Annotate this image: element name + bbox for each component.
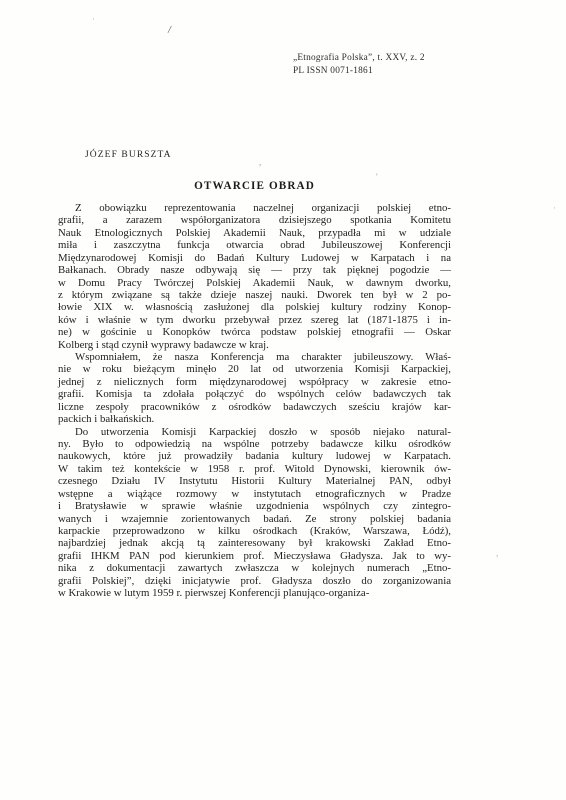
text-line: Wspomniałem, że nasza Konferencja ma cha… <box>58 351 451 363</box>
text-line: grafii, a zarazem współorganizatora dzis… <box>58 214 451 226</box>
text-line: ne) w gościnie u Konopków twórca podstaw… <box>58 326 451 338</box>
scan-artifact-dot: · <box>553 203 556 213</box>
text-line: ny. Było to odpowiedzią na wspólne potrz… <box>58 438 451 450</box>
article-body: Z obowiązku reprezentowania naczelnej or… <box>58 202 451 600</box>
journal-reference: „Etnografia Polska”, t. XXV, z. 2 PL ISS… <box>293 52 425 78</box>
journal-title-volume: „Etnografia Polska”, t. XXV, z. 2 <box>293 52 425 65</box>
text-line: wanych i wzajemnie zorientowanych badań.… <box>58 513 451 525</box>
text-line: liczne zespoły pracowników z ośrodków ba… <box>58 401 451 413</box>
author-name: JÓZEF BURSZTA <box>85 150 172 160</box>
text-line: Do utworzenia Komisji Karpackiej doszło … <box>58 426 451 438</box>
text-line: w Domu Pracy Twórczej Polskiej Akademii … <box>58 277 451 289</box>
text-line: jednej z nielicznych form międzynarodowe… <box>58 376 451 388</box>
text-line: wstępne a wiążące rozmowy w instytutach … <box>58 488 451 500</box>
text-line: Z obowiązku reprezentowania naczelnej or… <box>58 202 451 214</box>
text-line: W takim też kontekście w 1958 r. prof. W… <box>58 463 451 475</box>
text-line: z którym związane są także dzieje naszej… <box>58 289 451 301</box>
text-line: grafii IHKM PAN pod kierunkiem prof. Mie… <box>58 550 451 562</box>
document-page: / · , ' · , „Etnografia Polska”, t. XXV,… <box>0 0 566 800</box>
text-line: Międzynarodowej Komisji do Badań Kultury… <box>58 252 451 264</box>
text-line: w Krakowie w lutym 1959 r. pierwszej Kon… <box>58 587 451 599</box>
text-line: karpackie przeprowadzono w kilku ośrodka… <box>58 525 451 537</box>
text-line: i Bratysławie w sprawie właśnie uzgodnie… <box>58 500 451 512</box>
text-line: Bałkanach. Obrady nasze odbywają się — p… <box>58 264 451 276</box>
text-line: grafii Polskiej”, dzięki inicjatywie pro… <box>58 575 451 587</box>
article-title: OTWARCIE OBRAD <box>58 180 451 192</box>
scan-artifact-comma: , <box>259 157 261 167</box>
paragraph: Wspomniałem, że nasza Konferencja ma cha… <box>58 351 451 426</box>
scan-artifact-comma: , <box>496 548 498 558</box>
text-line: grafii. Komisja ta zdołała połączyć do w… <box>58 388 451 400</box>
text-line: Nauk Etnologicznych Polskiej Akademii Na… <box>58 227 451 239</box>
text-line: naukowych, które już prowadziły badania … <box>58 450 451 462</box>
text-line: łowie XIX w. własnością zasłużonej dla p… <box>58 301 451 313</box>
text-line: najbardziej jednak akcją tą zainteresowa… <box>58 537 451 549</box>
text-line: packich i bałkańskich. <box>58 413 451 425</box>
scan-artifact-slash: / <box>167 24 172 36</box>
text-line: ków i właśnie w tym dworku przebywał prz… <box>58 314 451 326</box>
paragraph: Z obowiązku reprezentowania naczelnej or… <box>58 202 451 351</box>
text-line: nie w roku bieżącym minęło 20 lat od utw… <box>58 363 451 375</box>
text-line: miła i zaszczytna funkcja otwarcia obrad… <box>58 239 451 251</box>
scan-artifact-dot: · <box>92 14 95 24</box>
text-line: czesnego Działu IV Instytutu Historii Ku… <box>58 475 451 487</box>
text-line: Kolberg i stąd czynił wyprawy badawcze w… <box>58 339 451 351</box>
paragraph: Do utworzenia Komisji Karpackiej doszło … <box>58 426 451 600</box>
text-line: nika z dokumentacji zawartych zwłaszcza … <box>58 562 451 574</box>
journal-issn: PL ISSN 0071-1861 <box>293 65 425 78</box>
